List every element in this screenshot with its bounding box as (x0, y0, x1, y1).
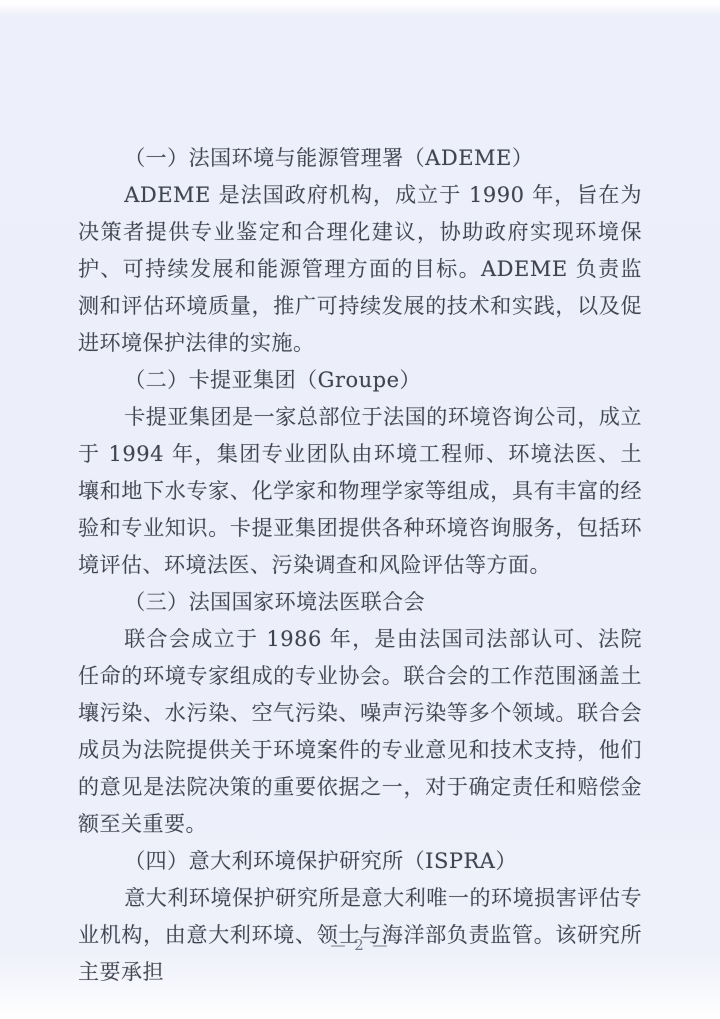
section-3-paragraph: 联合会成立于 1986 年，是由法国司法部认可、法院任命的环境专家组成的专业协会… (78, 621, 642, 843)
section-3-heading: （三）法国国家环境法医联合会 (78, 584, 642, 621)
scanned-document-page: （一）法国环境与能源管理署（ADEME） ADEME 是法国政府机构，成立于 1… (0, 0, 720, 1019)
section-1-heading: （一）法国环境与能源管理署（ADEME） (78, 140, 642, 177)
section-2-paragraph: 卡提亚集团是一家总部位于法国的环境咨询公司，成立于 1994 年，集团专业团队由… (78, 399, 642, 584)
section-1-paragraph: ADEME 是法国政府机构，成立于 1990 年，旨在为决策者提供专业鉴定和合理… (78, 177, 642, 362)
section-4-heading: （四）意大利环境保护研究所（ISPRA） (78, 843, 642, 880)
page-number: — 2 — (0, 936, 720, 954)
section-2-heading: （二）卡提亚集团（Groupe） (78, 362, 642, 399)
document-body: （一）法国环境与能源管理署（ADEME） ADEME 是法国政府机构，成立于 1… (78, 140, 642, 991)
